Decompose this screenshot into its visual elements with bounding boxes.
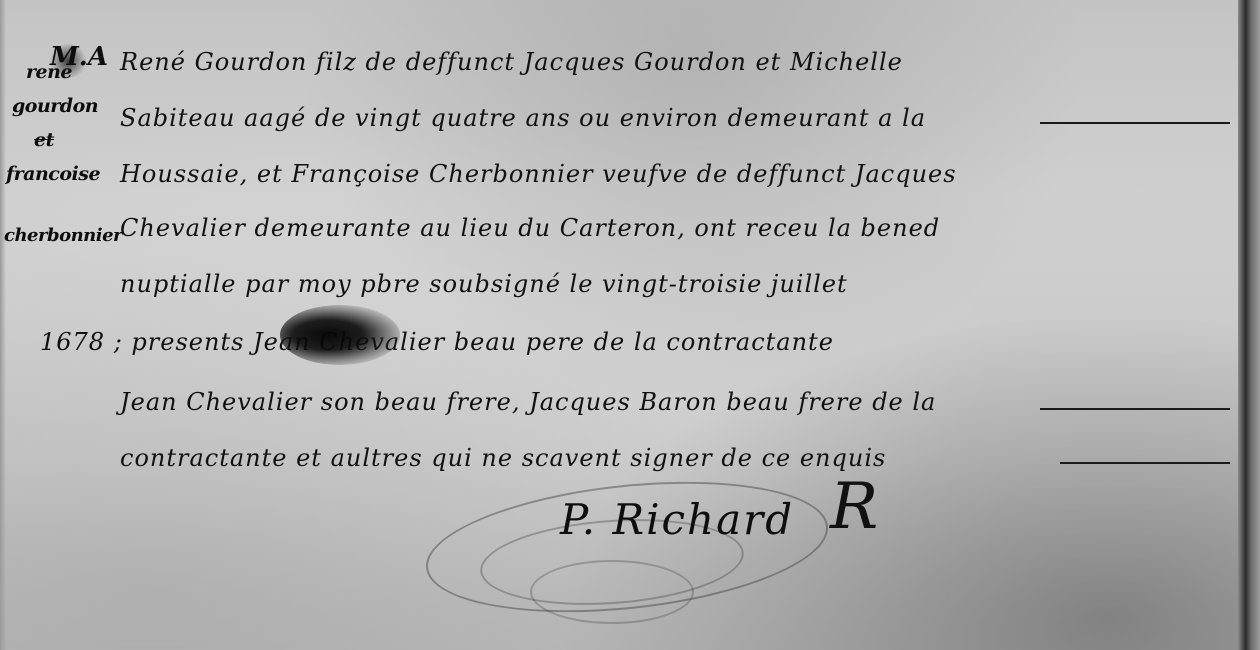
margin-note-given-name-bride: francoise <box>4 157 114 191</box>
entry-line-4: Chevalier demeurante au lieu du Carteron… <box>120 214 940 242</box>
page-binding-edge <box>1238 0 1260 650</box>
entry-line-1: René Gourdon filz de deffunct Jacques Go… <box>120 48 903 76</box>
register-page: M.A rene gourdon et francoise cherbonnie… <box>0 0 1260 650</box>
margin-note-given-name-groom: rene <box>4 55 114 89</box>
signature-flourish: R <box>830 470 878 544</box>
line-filler-rule <box>1060 462 1230 464</box>
line-filler-rule <box>1040 408 1230 410</box>
ink-blot <box>280 305 400 365</box>
priest-signature: P. Richard <box>560 495 794 544</box>
entry-line-2: Sabiteau aagé de vingt quatre ans ou env… <box>120 104 926 132</box>
entry-line-3: Houssaie, et Françoise Cherbonnier veufv… <box>120 160 957 188</box>
entry-line-8: contractante et aultres qui ne scavent s… <box>120 444 886 472</box>
entry-line-7: Jean Chevalier son beau frere, Jacques B… <box>120 388 936 416</box>
line-filler-rule <box>1040 122 1230 124</box>
signature-paraph <box>530 560 694 624</box>
margin-note-surname-groom: gourdon <box>4 89 114 123</box>
entry-line-6: 1678 ; presents Jean Chevalier beau pere… <box>40 328 834 356</box>
margin-note-surname-bride: cherbonnier <box>4 219 114 253</box>
margin-note-conjunction: et <box>4 123 114 157</box>
margin-note: rene gourdon et francoise cherbonnier <box>4 55 114 253</box>
entry-line-5: nuptialle par moy pbre soubsigné le ving… <box>120 270 848 298</box>
